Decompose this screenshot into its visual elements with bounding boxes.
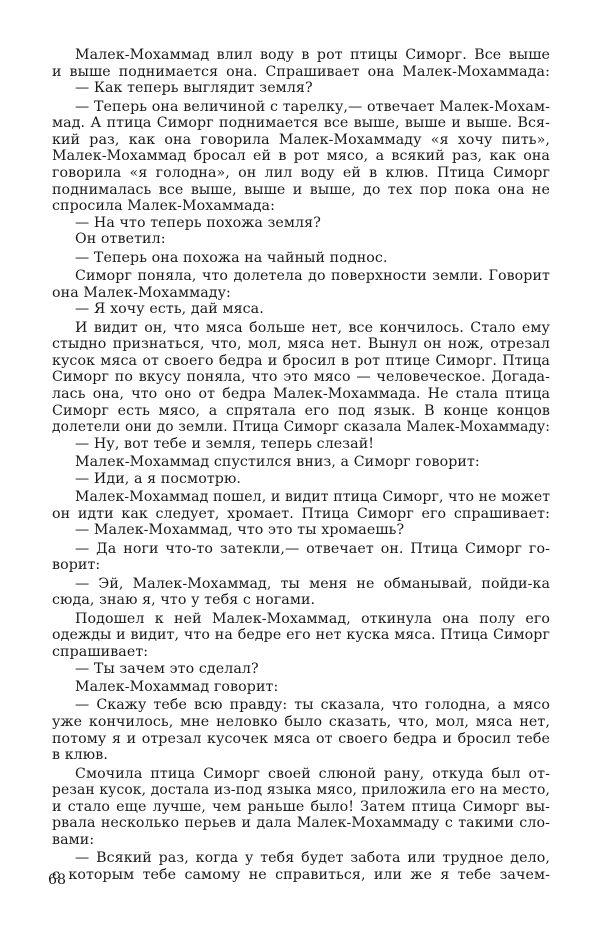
text-line: рвала несколько перьев и дала Малек-Моха… bbox=[52, 815, 550, 832]
text-line: — Ну, вот тебе и земля, теперь слезай! bbox=[52, 436, 550, 453]
text-line: кусок мяса от своего бедра и бросил в ро… bbox=[52, 353, 550, 370]
text-line: Симорг есть мясо, а спрятала его под язы… bbox=[52, 403, 550, 420]
text-line: мад. А птица Симорг поднимается все выше… bbox=[52, 115, 550, 132]
text-line: — На что теперь похожа земля? bbox=[52, 215, 550, 232]
text-line: — Всякий раз, когда у тебя будет забота … bbox=[52, 850, 550, 867]
text-line: и выше поднимается она. Спрашивает она М… bbox=[52, 64, 550, 81]
text-line: лась она, что оно от бедра Малек-Мохамма… bbox=[52, 386, 550, 403]
text-line: Симорг поняла, что долетела до поверхнос… bbox=[52, 268, 550, 285]
text-line: Малек-Мохаммад влил воду в рот птицы Сим… bbox=[52, 47, 550, 64]
text-line: кий раз, как она говорила Малек-Мохаммад… bbox=[52, 132, 550, 149]
text-line: — Теперь она величиной с тарелку,— отвеч… bbox=[52, 99, 550, 116]
text-line: — Ты зачем это сделал? bbox=[52, 661, 550, 678]
text-line: резан кусок, достала из-под языка мясо, … bbox=[52, 782, 550, 799]
text-line: Малек-Мохаммад бросал ей в рот мясо, а в… bbox=[52, 148, 550, 165]
text-line: спрашивает: bbox=[52, 644, 550, 661]
text-line: уже кончилось, мне неловко было сказать,… bbox=[52, 714, 550, 731]
text-line: — Малек-Мохаммад, что это ты хромаешь? bbox=[52, 522, 550, 539]
text-line: — Я хочу есть, дай мяса. bbox=[52, 301, 550, 318]
text-line: Подошел к ней Малек-Мохаммад, откинула о… bbox=[52, 611, 550, 628]
text-line: с которым тебе самому не справиться, или… bbox=[52, 867, 550, 884]
text-line: и стало еще лучше, чем раньше было! Зате… bbox=[52, 799, 550, 816]
text-line: она Малек-Мохаммаду: bbox=[52, 285, 550, 302]
text-line: долетели они до земли. Птица Симорг сказ… bbox=[52, 419, 550, 436]
text-line: в клюв. bbox=[52, 747, 550, 764]
text-line: одежды и видит, что на бедре его нет кус… bbox=[52, 627, 550, 644]
text-line: Малек-Мохаммад пошел, и видит птица Симо… bbox=[52, 489, 550, 506]
text-line: спросила Малек-Мохаммада: bbox=[52, 198, 550, 215]
text-line: потому я и отрезал кусочек мяса от своег… bbox=[52, 731, 550, 748]
page-number: 68 bbox=[48, 872, 66, 888]
text-line: — Эй, Малек-Мохаммад, ты меня не обманыв… bbox=[52, 576, 550, 593]
text-line: — Как теперь выглядит земля? bbox=[52, 80, 550, 97]
text-line: вами: bbox=[52, 832, 550, 849]
text-line: ворит: bbox=[52, 557, 550, 574]
text-line: Малек-Мохаммад спустился вниз, а Симорг … bbox=[52, 454, 550, 471]
text-line: — Иди, а я посмотрю. bbox=[52, 471, 550, 488]
text-line: Он ответил: bbox=[52, 231, 550, 248]
text-line: — Да ноги что-то затекли,— отвечает он. … bbox=[52, 541, 550, 558]
text-line: поднималась все выше, выше и выше, до те… bbox=[52, 182, 550, 199]
text-line: стыдно признаться, что, мол, мяса нет. В… bbox=[52, 336, 550, 353]
text-line: Симорг по вкусу поняла, что это мясо — ч… bbox=[52, 369, 550, 386]
text-line: И видит он, что мяса больше нет, все кон… bbox=[52, 320, 550, 337]
page-text-body: Малек-Мохаммад влил воду в рот птицы Сим… bbox=[52, 47, 550, 883]
text-line: говорила «я голодна», он лил воду ей в к… bbox=[52, 165, 550, 182]
text-line: он идти как следует, хромает. Птица Симо… bbox=[52, 506, 550, 523]
text-line: Малек-Мохаммад говорит: bbox=[52, 679, 550, 696]
text-line: — Теперь она похожа на чайный поднос. bbox=[52, 250, 550, 267]
text-line: — Скажу тебе всю правду: ты сказала, что… bbox=[52, 697, 550, 714]
text-line: сюда, знаю я, что у тебя с ногами. bbox=[52, 592, 550, 609]
text-line: Смочила птица Симорг своей слюной рану, … bbox=[52, 766, 550, 783]
